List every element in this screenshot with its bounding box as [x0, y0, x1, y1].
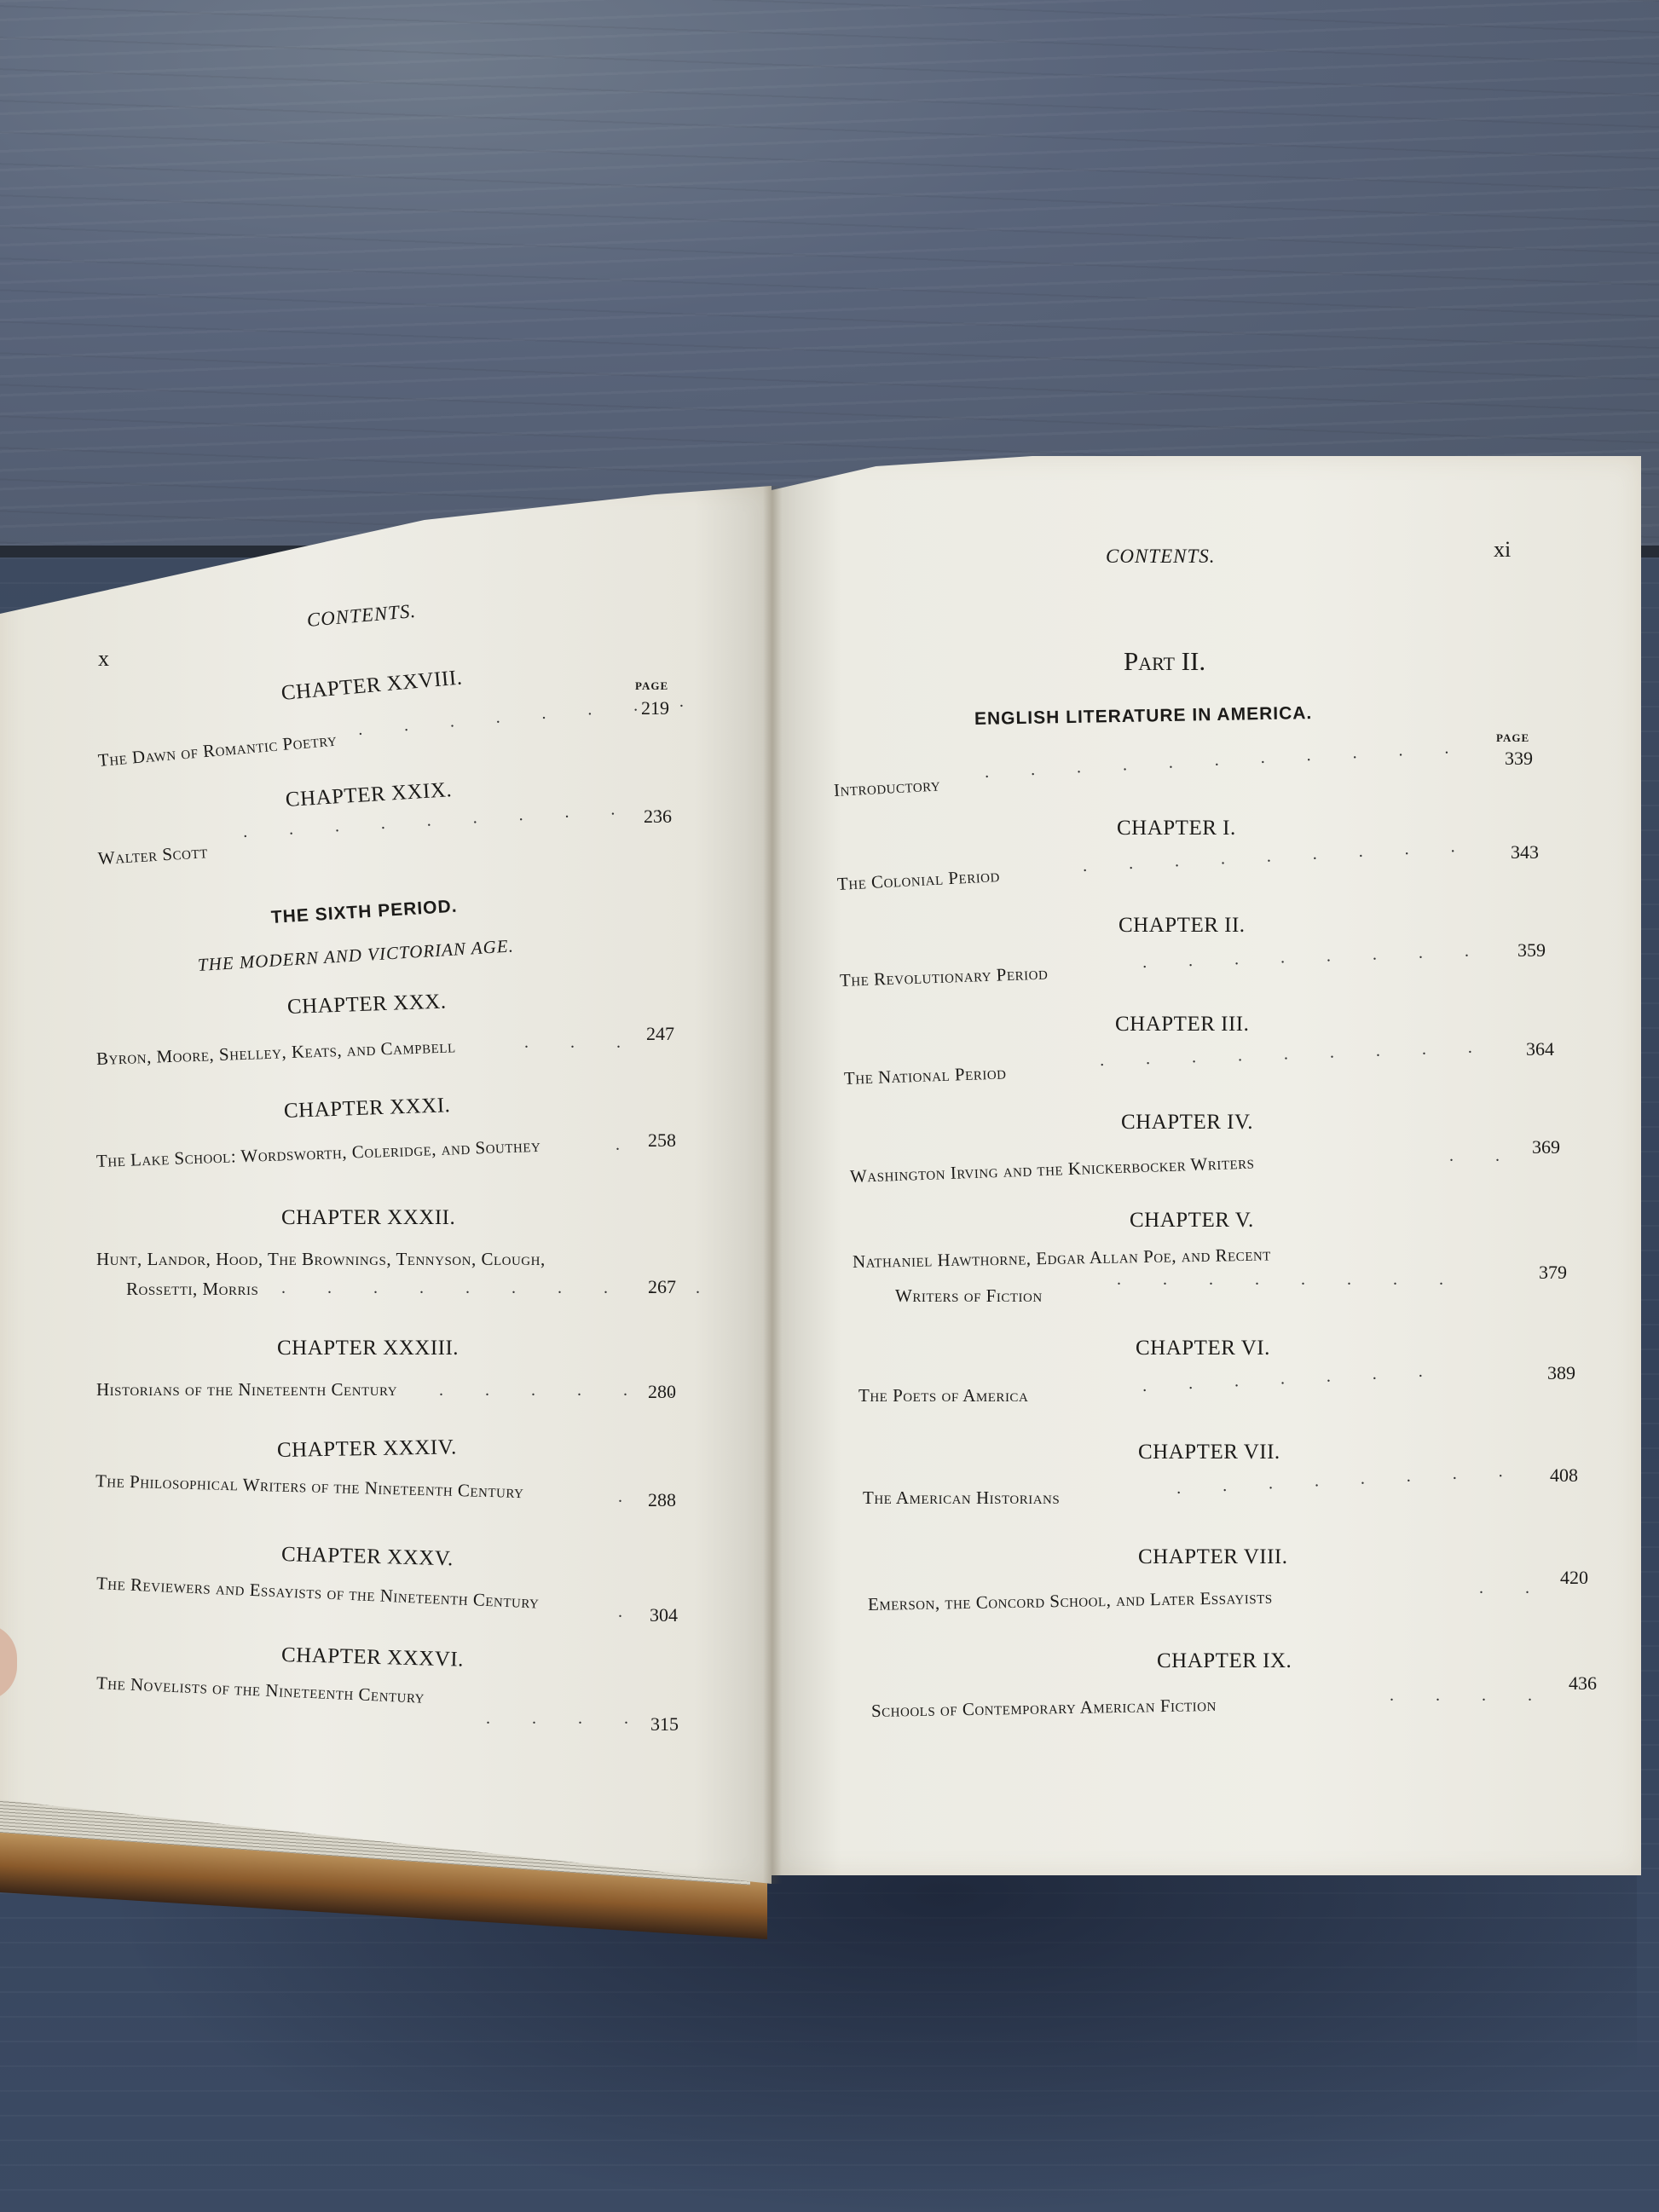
toc-entry-title: The American Historians — [863, 1487, 1060, 1509]
toc-entry-page: 389 — [1547, 1362, 1575, 1384]
toc-entry-page: 219 — [641, 697, 669, 719]
toc-entry-page: 267 — [648, 1276, 676, 1298]
toc-entry-page: 280 — [648, 1381, 676, 1403]
leader-dots: . . . — [524, 1033, 639, 1053]
chapter-heading: CHAPTER XXXIV. — [277, 1435, 457, 1463]
toc-entry-page: 258 — [648, 1129, 676, 1152]
leader-dots: . — [616, 1135, 639, 1155]
chapter-heading: CHAPTER IX. — [1157, 1649, 1292, 1673]
left-folio: x — [98, 646, 109, 672]
toc-entry-page: 436 — [1569, 1672, 1597, 1695]
toc-entry-page: 304 — [650, 1604, 678, 1626]
leader-dots: . — [618, 1487, 641, 1507]
chapter-heading: CHAPTER VII. — [1138, 1441, 1280, 1464]
toc-entry-page: 420 — [1560, 1567, 1588, 1589]
leader-dots: . . . . — [486, 1709, 647, 1729]
toc-entry-page: 236 — [644, 806, 672, 828]
toc-entry-page: 315 — [650, 1713, 679, 1736]
toc-entry-page: 288 — [648, 1489, 676, 1511]
toc-entry-page: 379 — [1539, 1262, 1567, 1284]
chapter-heading: CHAPTER III. — [1115, 1013, 1249, 1037]
chapter-heading: CHAPTER IV. — [1121, 1111, 1253, 1135]
chapter-heading: CHAPTER I. — [1117, 817, 1236, 840]
right-folio: xi — [1494, 537, 1511, 563]
right-running-head: CONTENTS. — [1106, 546, 1216, 568]
toc-entry-page: 364 — [1526, 1038, 1554, 1060]
leader-dots: . . — [1449, 1146, 1518, 1166]
chapter-heading: CHAPTER II. — [1119, 914, 1246, 938]
chapter-heading: CHAPTER V. — [1130, 1209, 1254, 1233]
chapter-heading: CHAPTER XXXV. — [281, 1543, 454, 1571]
leader-dots: . . . . — [1390, 1686, 1551, 1706]
toc-entry-page: 247 — [646, 1023, 674, 1045]
toc-entry-page: 359 — [1517, 939, 1546, 962]
page-column-label: PAGE — [1496, 731, 1529, 745]
chapter-heading: CHAPTER XXXII. — [281, 1206, 455, 1230]
toc-entry-page: 343 — [1511, 841, 1539, 863]
toc-entry-title: Historians of the Nineteenth Century — [96, 1379, 397, 1401]
part-heading: Part II. — [1124, 646, 1205, 677]
chapter-heading: CHAPTER VIII. — [1138, 1545, 1287, 1569]
chapter-heading: CHAPTER XXXVI. — [281, 1643, 465, 1672]
toc-entry-title-continued: Rossetti, Morris — [126, 1279, 258, 1300]
toc-entry-page: 408 — [1550, 1464, 1578, 1487]
leader-dots: . — [618, 1603, 641, 1622]
book-spine-gutter — [763, 486, 782, 1884]
toc-entry-page: 369 — [1532, 1136, 1560, 1158]
toc-entry-title-continued: Writers of Fiction — [895, 1285, 1043, 1307]
toc-entry-title: The Poets of America — [858, 1385, 1028, 1406]
page-column-label: PAGE — [635, 679, 668, 693]
leader-dots: . . — [1479, 1579, 1548, 1598]
toc-entry-title: Hunt, Landor, Hood, The Brownings, Tenny… — [96, 1249, 546, 1270]
chapter-heading: CHAPTER XXXIII. — [277, 1337, 459, 1360]
toc-entry-page: 339 — [1505, 748, 1533, 770]
leader-dots: . . . . . . . . — [1117, 1270, 1462, 1290]
chapter-heading: CHAPTER VI. — [1136, 1337, 1270, 1360]
